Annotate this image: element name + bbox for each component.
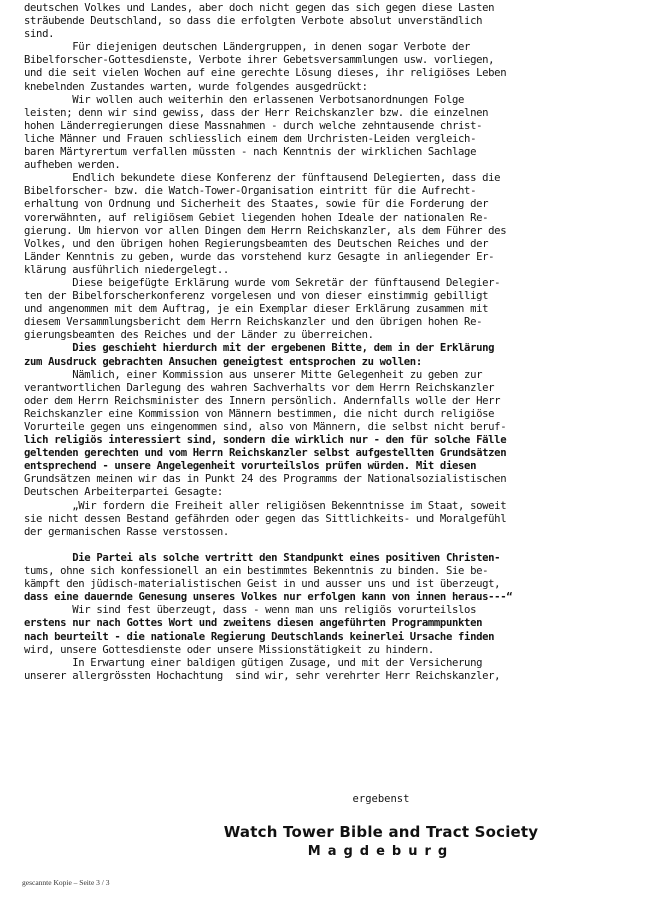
text-line: Für diejenigen deutschen Ländergruppen, … (24, 41, 656, 54)
text-line: baren Märtyrertum verfallen müssten - na… (24, 146, 656, 159)
text-line: „Wir fordern die Freiheit aller religiös… (24, 500, 656, 513)
text-line: Wir sind fest überzeugt, dass - wenn man… (24, 604, 656, 617)
text-line: kämpft den jüdisch-materialistischen Gei… (24, 578, 656, 591)
text-line: liche Männer und Frauen schliesslich ein… (24, 133, 656, 146)
text-line: Endlich bekundete diese Konferenz der fü… (24, 172, 656, 185)
text-line: vorerwähnten, auf religiösem Gebiet lieg… (24, 212, 656, 225)
text-line: diesem Versammlungsbericht dem Herrn Rei… (24, 316, 656, 329)
text-line: wird, unsere Gottesdienste oder unsere M… (24, 644, 656, 657)
page-footer: gescannte Kopie – Seite 3 / 3 (22, 878, 109, 887)
text-line: gierung. Um hiervon vor allen Dingen dem… (24, 225, 656, 238)
text-line: Wir wollen auch weiterhin den erlassenen… (24, 94, 656, 107)
signature-city: Magdeburg (50, 844, 662, 859)
text-line: verantwortlichen Darlegung des wahren Sa… (24, 382, 656, 395)
text-line: entsprechend - unsere Angelegenheit voru… (24, 460, 656, 473)
text-line: Deutschen Arbeiterpartei Gesagte: (24, 486, 656, 499)
text-line: nach beurteilt - die nationale Regierung… (24, 631, 656, 644)
text-line: Die Partei als solche vertritt den Stand… (24, 552, 656, 565)
text-line: leisten; denn wir sind gewiss, dass der … (24, 107, 656, 120)
letter-body: deutschen Volkes und Landes, aber doch n… (24, 2, 656, 683)
text-line: dass eine dauernde Genesung unseres Volk… (24, 591, 656, 604)
text-line: Bibelforscher- bzw. die Watch-Tower-Orga… (24, 185, 656, 198)
text-line: klärung ausführlich niedergelegt.. (24, 264, 656, 277)
text-line: Länder Kenntnis zu geben, wurde das vors… (24, 251, 656, 264)
text-line: Diese beigefügte Erklärung wurde vom Sek… (24, 277, 656, 290)
text-line: knebelnden Zustandes warten, wurde folge… (24, 81, 656, 94)
text-line: In Erwartung einer baldigen gütigen Zusa… (24, 657, 656, 670)
text-line: zum Ausdruck gebrachten Ansuchen geneigt… (24, 356, 656, 369)
text-line: Dies geschieht hierdurch mit der ergeben… (24, 342, 656, 355)
text-line: Bibelforscher-Gottesdienste, Verbote ihr… (24, 54, 656, 67)
text-line: lich religiös interessiert sind, sondern… (24, 434, 656, 447)
text-line: Grundsätzen meinen wir das in Punkt 24 d… (24, 473, 656, 486)
closing-salutation: ergebenst (50, 793, 662, 805)
text-line (24, 539, 656, 552)
text-line: unserer allergrössten Hochachtung sind w… (24, 670, 656, 683)
text-line: aufheben werden. (24, 159, 656, 172)
text-line: Reichskanzler eine Kommission von Männer… (24, 408, 656, 421)
text-line: und die seit vielen Wochen auf eine gere… (24, 67, 656, 80)
signature-organization: Watch Tower Bible and Tract Society (50, 823, 662, 841)
text-line: tums, ohne sich konfessionell an ein bes… (24, 565, 656, 578)
text-line: sträubende Deutschland, so dass die erfo… (24, 15, 656, 28)
text-line: sie nicht dessen Bestand gefährden oder … (24, 513, 656, 526)
text-line: ten der Bibelforscherkonferenz vorgelese… (24, 290, 656, 303)
text-line: gierungsbeamten des Reiches und der Länd… (24, 329, 656, 342)
document-page: deutschen Volkes und Landes, aber doch n… (0, 0, 662, 900)
text-line: oder dem Herrn Reichsminister des Innern… (24, 395, 656, 408)
text-line: der germanischen Rasse verstossen. (24, 526, 656, 539)
text-line: Vorurteile gegen uns eingenommen sind, a… (24, 421, 656, 434)
text-line: deutschen Volkes und Landes, aber doch n… (24, 2, 656, 15)
text-line: und angenommen mit dem Auftrag, je ein E… (24, 303, 656, 316)
text-line: erstens nur nach Gottes Wort und zweiten… (24, 617, 656, 630)
text-line: Volkes, und den übrigen hohen Regierungs… (24, 238, 656, 251)
text-line: geltenden gerechten und vom Herrn Reichs… (24, 447, 656, 460)
text-line: hohen Länderregierungen diese Massnahmen… (24, 120, 656, 133)
text-line: erhaltung von Ordnung und Sicherheit des… (24, 198, 656, 211)
text-line: sind. (24, 28, 656, 41)
text-line: Nämlich, einer Kommission aus unserer Mi… (24, 369, 656, 382)
